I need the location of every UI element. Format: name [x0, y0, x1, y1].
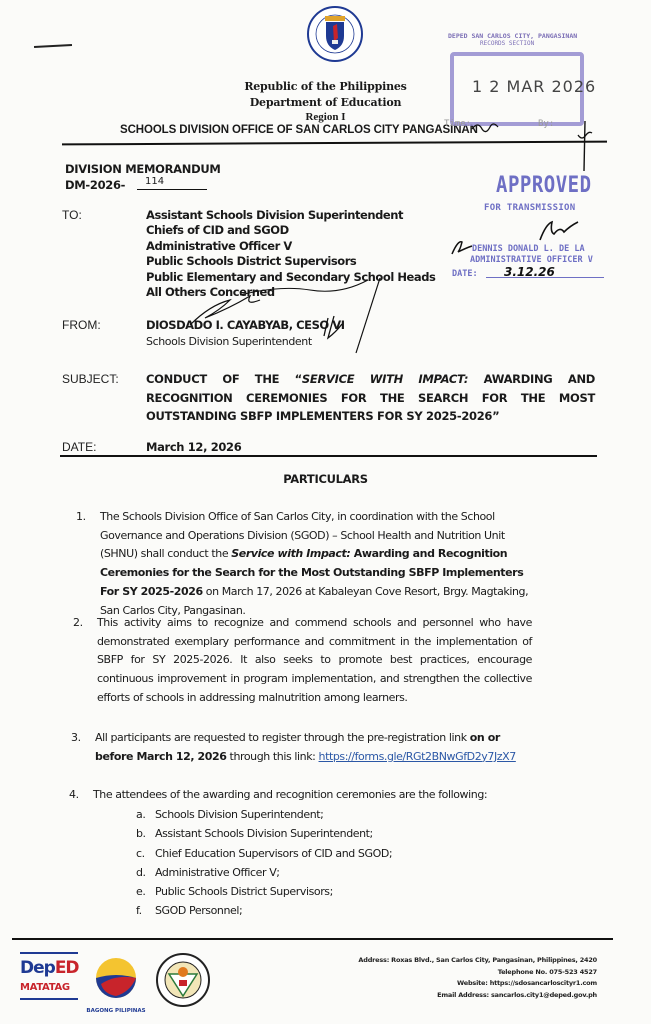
handwritten-signature-stamp	[470, 115, 610, 175]
deped-word-b: ED	[55, 958, 79, 978]
attendee-item: a.Schools Division Superintendent;	[136, 805, 392, 824]
deped-word-a: Dep	[20, 958, 55, 978]
attendee-letter: e.	[136, 882, 145, 901]
item-number: 4.	[69, 786, 79, 805]
subject-text: CONDUCT OF THE “SERVICE WITH IMPACT: AWA…	[146, 370, 595, 426]
item-bold-italic: Service with Impact:	[231, 547, 350, 560]
attendee-text: Assistant Schools Division Superintenden…	[155, 827, 373, 840]
particular-item-2: 2.This activity aims to recognize and co…	[97, 614, 532, 708]
recipient: Chiefs of CID and SGOD	[146, 223, 435, 238]
footer-contact: Address: Roxas Blvd., San Carlos City, P…	[300, 955, 597, 1001]
approved-stamp-position: ADMINISTRATIVE OFFICER V	[470, 255, 593, 265]
particular-item-4: 4.The attendees of the awarding and reco…	[93, 786, 543, 805]
sdo-seal-icon	[155, 952, 211, 1008]
handwritten-mark	[34, 44, 72, 48]
registration-link[interactable]: https://forms.gle/RGt2BNwGfD2y7JzX7	[319, 750, 516, 763]
deped-matatag-logo: DepED MATATAG	[20, 952, 78, 1012]
subject-label: SUBJECT:	[62, 372, 119, 386]
attendee-item: d.Administrative Officer V;	[136, 863, 392, 882]
bagong-pilipinas-logo: BAGONG PILIPINAS	[85, 952, 147, 1014]
attendee-text: Schools Division Superintendent;	[155, 808, 323, 821]
bagong-pilipinas-text: BAGONG PILIPINAS	[85, 1008, 147, 1014]
approved-stamp-name: DENNIS DONALD L. DE LA	[472, 244, 585, 254]
item-text: All participants are requested to regist…	[95, 731, 470, 744]
header-office: SCHOOLS DIVISION OFFICE OF SAN CARLOS CI…	[120, 124, 478, 136]
attendee-letter: b.	[136, 824, 146, 843]
attendees-list: a.Schools Division Superintendent; b.Ass…	[136, 805, 392, 921]
approved-stamp-subtitle: FOR TRANSMISSION	[484, 203, 576, 213]
footer-website: Website: https://sdosancarloscityr1.com	[300, 978, 597, 990]
received-stamp-date: 1 2 MAR 2026	[472, 77, 596, 96]
approved-stamp-title: APPROVED	[496, 172, 592, 197]
deped-seal-icon	[306, 4, 364, 68]
recipient: Administrative Officer V	[146, 239, 435, 254]
matatag-wordmark: MATATAG	[20, 982, 70, 993]
approved-stamp: APPROVED FOR TRANSMISSION DENNIS DONALD …	[440, 172, 640, 282]
attendee-item: b.Assistant Schools Division Superintend…	[136, 824, 392, 843]
attendee-text: Administrative Officer V;	[155, 866, 280, 879]
date-value: March 12, 2026	[146, 440, 241, 454]
attendee-letter: c.	[136, 844, 145, 863]
attendee-item: e.Public Schools District Supervisors;	[136, 882, 392, 901]
footer-telephone: Telephone No. 075-523 4527	[300, 967, 597, 979]
particulars-heading: PARTICULARS	[0, 472, 651, 486]
item-text: This activity aims to recognize and comm…	[97, 616, 532, 704]
memo-number-prefix: DM-2026-	[65, 178, 125, 192]
footer-divider	[12, 938, 613, 940]
handwritten-signature	[170, 270, 430, 360]
received-stamp-section: RECORDS SECTION	[480, 40, 534, 47]
attendee-letter: d.	[136, 863, 146, 882]
footer-email: Email Address: sancarlos.city1@deped.gov…	[300, 990, 597, 1002]
attendee-text: Public Schools District Supervisors;	[155, 885, 333, 898]
item-number: 2.	[73, 614, 83, 633]
received-stamp-time-label: Time:	[444, 119, 471, 129]
attendee-text: Chief Education Supervisors of CID and S…	[155, 847, 392, 860]
to-label: TO:	[62, 208, 82, 222]
attendee-text: SGOD Personnel;	[155, 904, 242, 917]
attendee-item: f.SGOD Personnel;	[136, 901, 392, 920]
logo-bar	[20, 998, 78, 1000]
memo-number-handwritten: 114	[137, 176, 207, 190]
particular-item-1: 1.The Schools Division Office of San Car…	[100, 508, 530, 620]
item-text: The attendees of the awarding and recogn…	[93, 788, 487, 801]
deped-wordmark: DepED	[20, 958, 79, 978]
particular-item-3: 3.All participants are requested to regi…	[95, 729, 540, 766]
approved-stamp-date-label: DATE:	[452, 269, 478, 279]
memo-type: DIVISION MEMORANDUM	[65, 162, 221, 176]
attendee-letter: a.	[136, 805, 145, 824]
recipient: Assistant Schools Division Superintenden…	[146, 208, 435, 223]
subject-prefix: CONDUCT OF THE “	[146, 372, 302, 386]
approved-initials	[536, 216, 586, 244]
received-stamp-office: DEPED SAN CARLOS CITY, PANGASINAN	[448, 32, 577, 40]
date-label: DATE:	[62, 440, 96, 454]
item-number: 3.	[71, 729, 81, 748]
attendee-item: c.Chief Education Supervisors of CID and…	[136, 844, 392, 863]
approved-stamp-date: 3.12.26	[504, 265, 555, 279]
from-label: FROM:	[62, 318, 101, 332]
logo-bar	[20, 952, 78, 954]
attendee-letter: f.	[136, 901, 142, 920]
subject-italic: SERVICE WITH IMPACT:	[302, 372, 468, 386]
bagong-pilipinas-icon	[91, 954, 141, 1002]
item-text: through this link:	[226, 750, 318, 763]
footer-address: Address: Roxas Blvd., San Carlos City, P…	[300, 955, 597, 967]
item-number: 1.	[76, 508, 86, 527]
recipient: Public Schools District Supervisors	[146, 254, 435, 269]
date-divider	[60, 455, 597, 457]
